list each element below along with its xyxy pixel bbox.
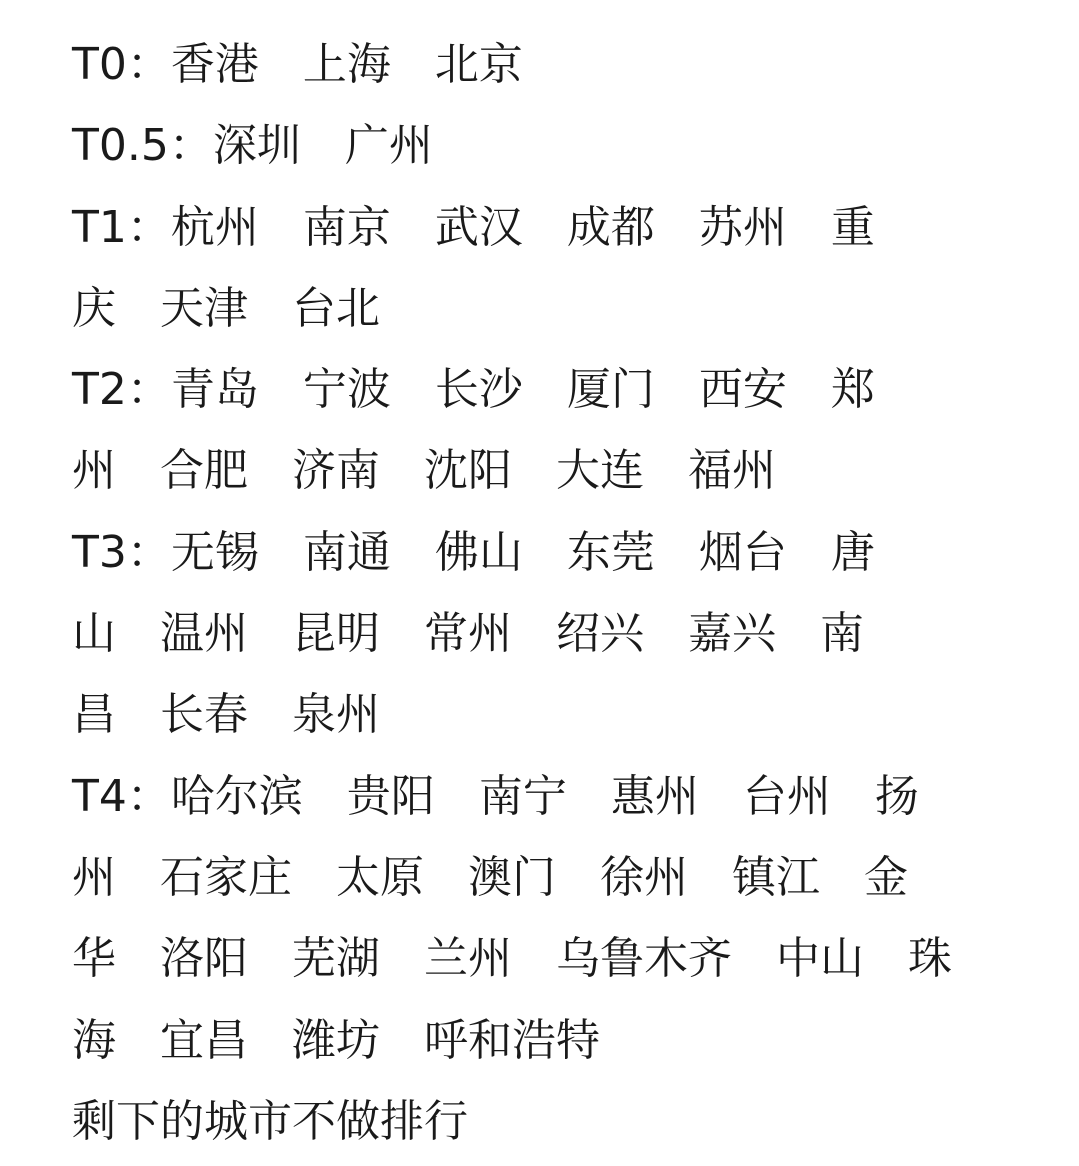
tier-t4-line-3: 华 洛阳 芜湖 兰州 乌鲁木齐 中山 珠: [72, 918, 1032, 999]
tier-t0-line: T0：香港 上海 北京: [72, 24, 1032, 105]
tier-t4-line-2: 州 石家庄 太原 澳门 徐州 镇江 金: [72, 837, 1032, 918]
tier-t2-line-1: T2：青岛 宁波 长沙 厦门 西安 郑: [72, 349, 1032, 430]
tier-t3-line-3: 昌 长春 泉州: [72, 674, 1032, 755]
tier-t2-line-2: 州 合肥 济南 沈阳 大连 福州: [72, 430, 1032, 511]
tier-t3-line-2: 山 温州 昆明 常州 绍兴 嘉兴 南: [72, 593, 1032, 674]
tier-t1-line-1: T1：杭州 南京 武汉 成都 苏州 重: [72, 187, 1032, 268]
city-tier-document: T0：香港 上海 北京 T0.5：深圳 广州 T1：杭州 南京 武汉 成都 苏州…: [72, 24, 1032, 1162]
tier-t1-line-2: 庆 天津 台北: [72, 268, 1032, 349]
tier-t4-line-1: T4：哈尔滨 贵阳 南宁 惠州 台州 扬: [72, 756, 1032, 837]
tier-t3-line-1: T3：无锡 南通 佛山 东莞 烟台 唐: [72, 512, 1032, 593]
tier-t0-5-line: T0.5：深圳 广州: [72, 105, 1032, 186]
tier-t4-line-4: 海 宜昌 潍坊 呼和浩特: [72, 1000, 1032, 1081]
footer-note: 剩下的城市不做排行: [72, 1081, 1032, 1162]
